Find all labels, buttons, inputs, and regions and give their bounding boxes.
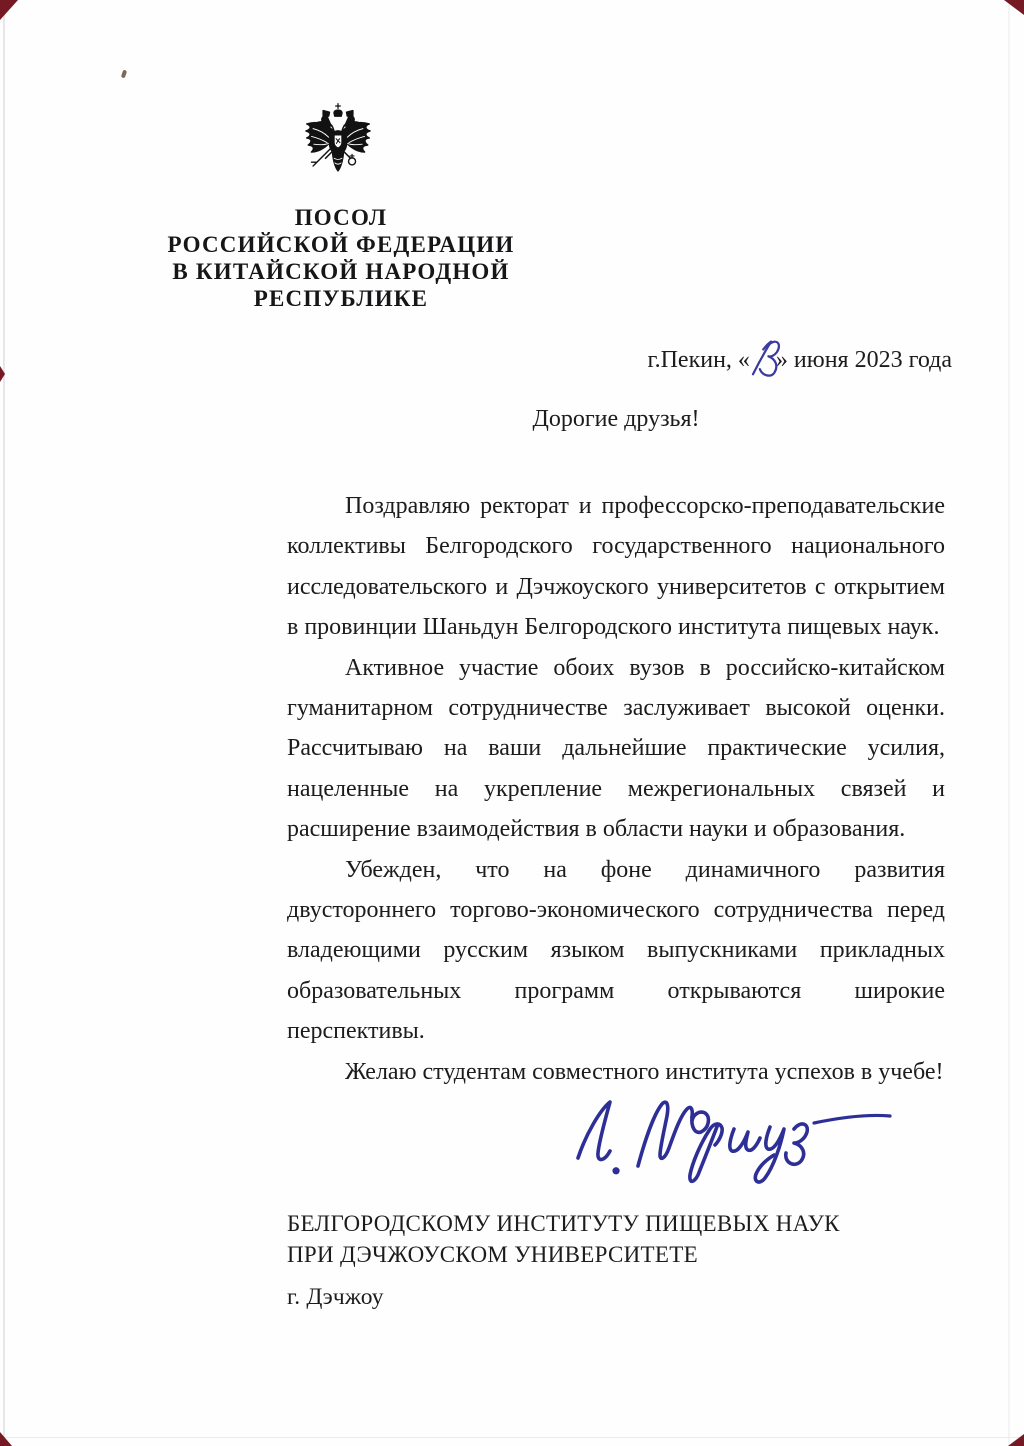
dateline-suffix: » июня 2023 года (776, 347, 952, 374)
ambassador-signature-handwriting (552, 1082, 902, 1197)
letterhead-title: ПОСОЛ РОССИЙСКОЙ ФЕДЕРАЦИИ В КИТАЙСКОЙ Н… (121, 204, 561, 312)
handwritten-day-13 (747, 335, 783, 381)
scan-edge-line-right (1008, 0, 1010, 1446)
scanned-letter-page: ПОСОЛ РОССИЙСКОЙ ФЕДЕРАЦИИ В КИТАЙСКОЙ Н… (0, 0, 1024, 1446)
dateline: г.Пекин, « » июня 2023 года (647, 337, 952, 383)
letterhead-line-4: РЕСПУБЛИКЕ (121, 285, 561, 312)
letterhead-line-1: ПОСОЛ (121, 204, 561, 231)
paragraph-2: Активное участие обоих вузов в российско… (287, 648, 945, 850)
addressee-block: БЕЛГОРОДСКОМУ ИНСТИТУТУ ПИЩЕВЫХ НАУК ПРИ… (287, 1208, 967, 1313)
scan-corner-mark-bottom-right (1008, 1434, 1024, 1446)
addressee-line-2: ПРИ ДЭЧЖОУСКОМ УНИВЕРСИТЕТЕ (287, 1239, 967, 1270)
salutation: Дорогие друзья! (287, 406, 945, 433)
letterhead-line-3: В КИТАЙСКОЙ НАРОДНОЙ (121, 258, 561, 285)
letter-body: Поздравляю ректорат и профессорско-препо… (287, 486, 945, 1092)
scan-edge-line-bottom (0, 1437, 1024, 1438)
paragraph-1: Поздравляю ректорат и профессорско-препо… (287, 486, 945, 648)
dateline-prefix: г.Пекин, « (647, 347, 749, 374)
paragraph-3: Убежден, что на фоне динамичного развити… (287, 850, 945, 1052)
letterhead-line-2: РОССИЙСКОЙ ФЕДЕРАЦИИ (121, 231, 561, 258)
scan-edge-line-left (3, 0, 5, 1446)
addressee-line-1: БЕЛГОРОДСКОМУ ИНСТИТУТУ ПИЩЕВЫХ НАУК (287, 1208, 967, 1239)
ink-speck (121, 70, 127, 79)
scan-corner-mark-top-right (1004, 0, 1024, 15)
addressee-city: г. Дэчжоу (287, 1282, 967, 1313)
scan-corner-mark-top-left (0, 0, 18, 20)
russia-coat-of-arms-icon (299, 102, 377, 188)
scan-corner-mark-bottom-left (0, 1432, 12, 1446)
